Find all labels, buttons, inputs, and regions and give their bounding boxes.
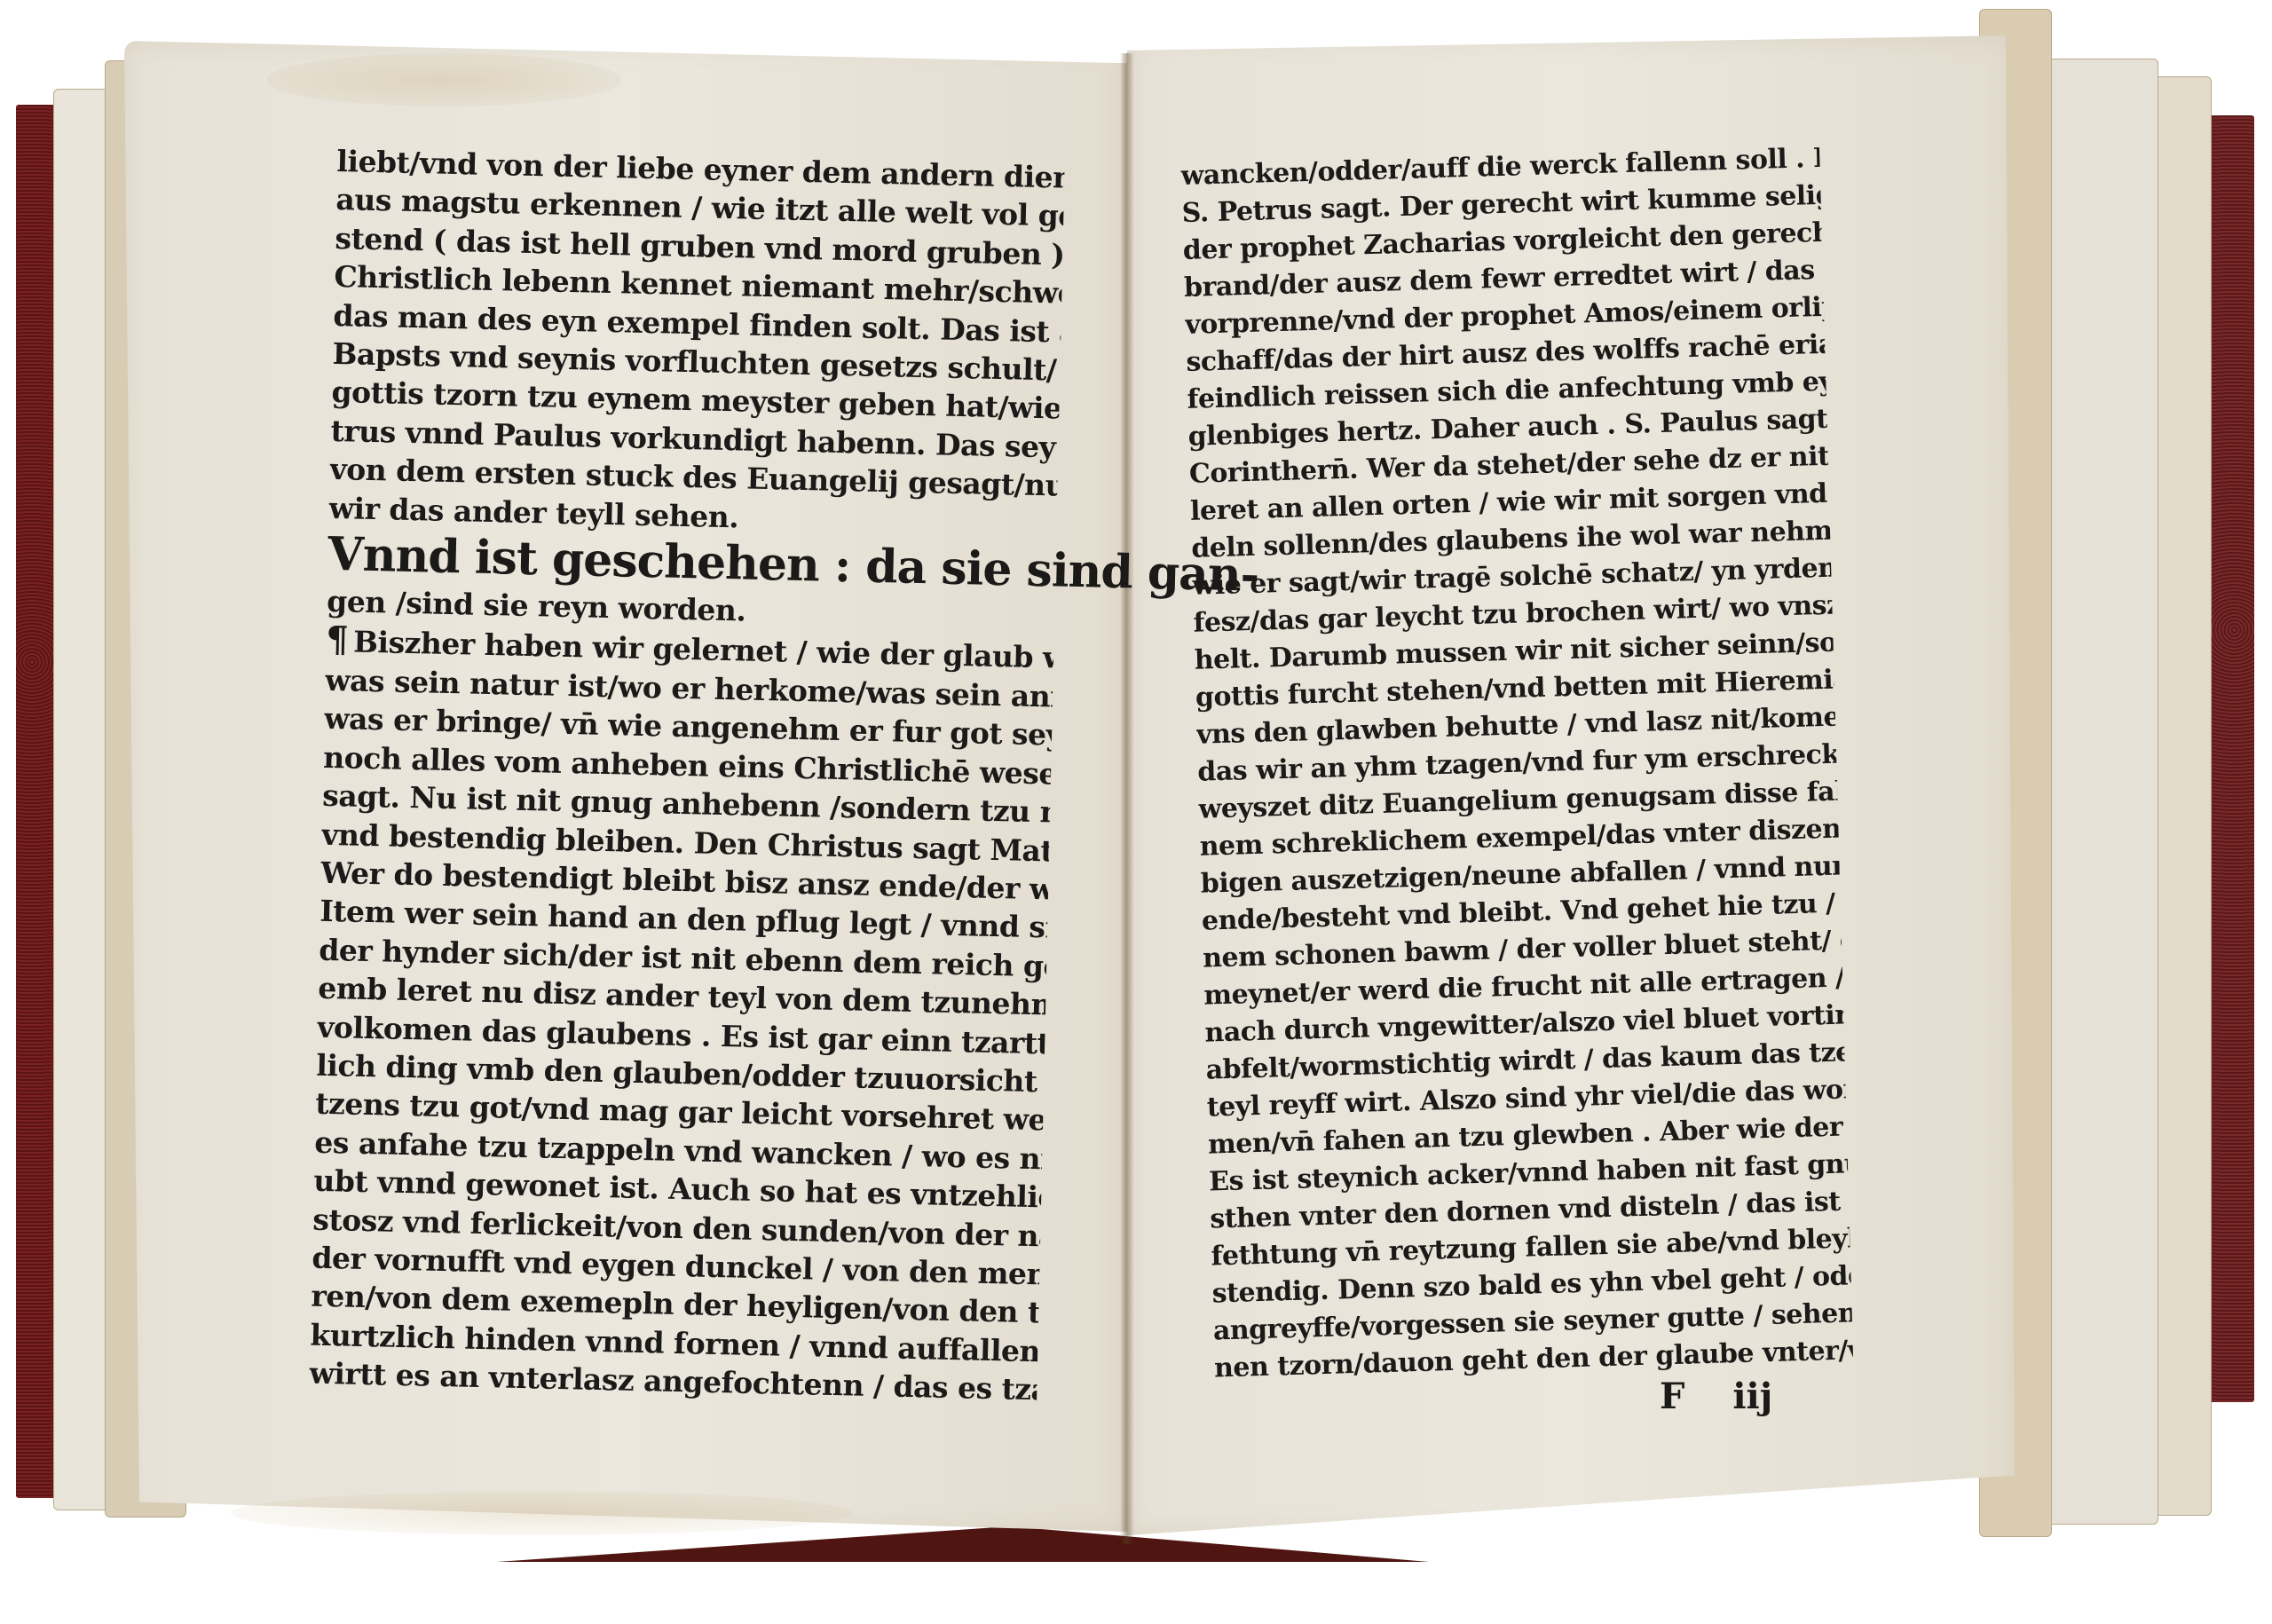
signature-number: iij [1732,1376,1772,1417]
paper-stain [266,53,621,106]
pilcrow-icon: ¶ [326,620,349,661]
page-stack-right-middle [2041,59,2158,1525]
paper-stain [231,1491,852,1535]
left-page-text: liebt/vnd von der liebe eyner dem andern… [309,142,1065,1409]
signature-mark: F iij [1660,1376,1772,1417]
book-gutter [1120,53,1134,1544]
signature-letter: F [1660,1376,1684,1417]
right-page-text: wancken/odder/auff die werck fallenn sol… [1180,140,1853,1388]
leather-cover-right [2205,115,2254,1402]
